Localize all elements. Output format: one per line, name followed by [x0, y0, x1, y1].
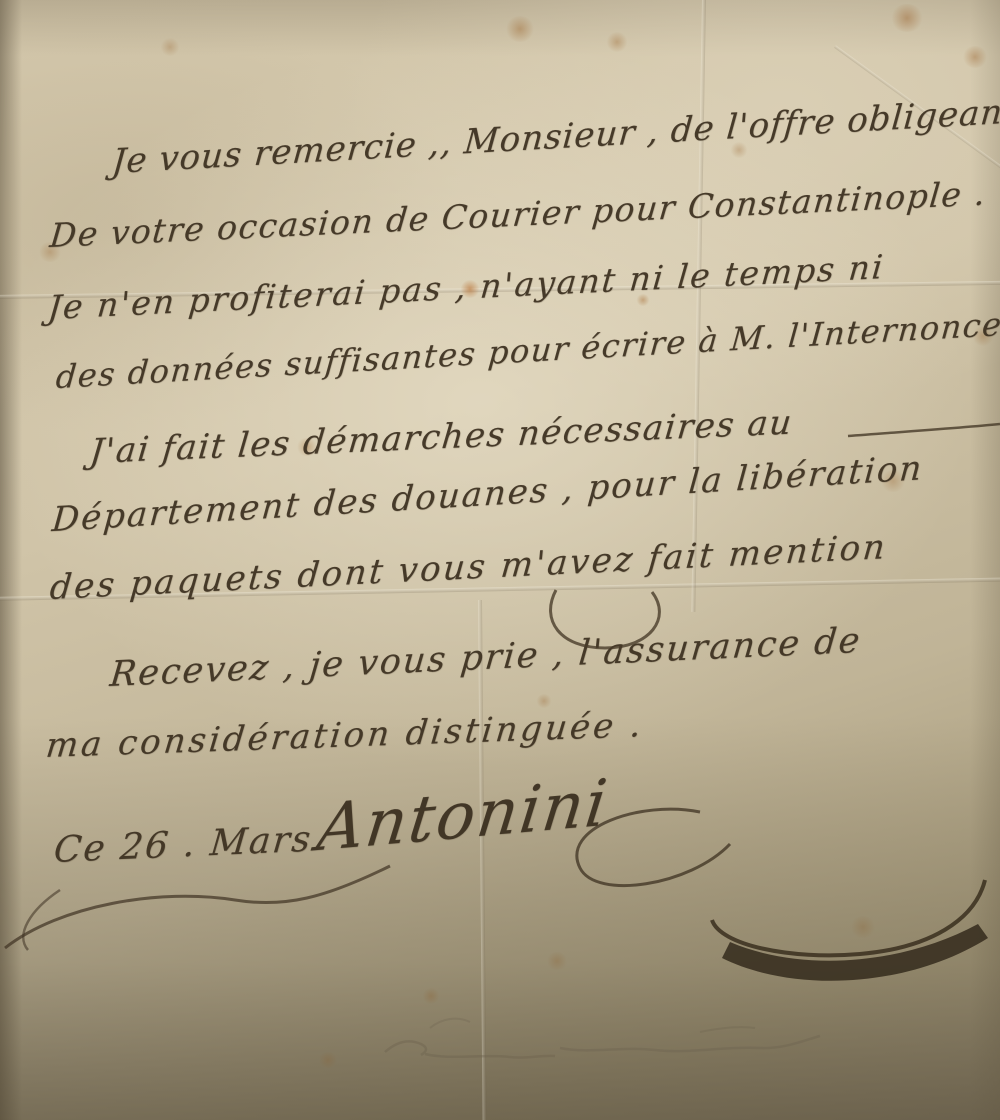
date-paraph: [5, 866, 390, 948]
letter-line-3: Je n'en profiterai pas , n'ayant ni le t…: [46, 247, 886, 327]
flourish-dash: [848, 424, 1000, 436]
letter-line-1: Je vous remercie ,, Monsieur , de l'offr…: [110, 90, 1000, 182]
foxing-stain: [890, 4, 924, 32]
letter-line-8: Recevez , je vous prie , l'assurance de: [108, 621, 863, 695]
foxing-stain: [546, 952, 568, 970]
foxing-stain: [962, 46, 988, 68]
letter-line-2: De votre occasion de Courier pour Consta…: [48, 173, 988, 255]
foxing-stain: [850, 916, 876, 938]
letter-line-7: des paquets dont vous m'avez fait mentio…: [48, 527, 889, 608]
pencil-inscription: [385, 1019, 820, 1058]
letter-photograph: Je vous remercie ,, Monsieur , de l'offr…: [0, 0, 1000, 1120]
foxing-stain: [505, 16, 535, 42]
vertical-fold-crease: [691, 0, 706, 612]
date-paraph-tail: [23, 890, 60, 950]
foxing-stain: [536, 694, 552, 708]
foxing-stain: [160, 38, 180, 56]
foxing-stain: [318, 1052, 338, 1068]
date-line: Ce 26 . Mars: [52, 819, 314, 871]
signature-paraph: [712, 880, 985, 955]
foxing-stain: [422, 988, 440, 1004]
foxing-stain: [606, 32, 628, 52]
letter-line-9: ma considération distinguée .: [44, 705, 646, 766]
signature-paraph-thick: [722, 924, 988, 981]
signature: Antonini: [313, 766, 612, 866]
